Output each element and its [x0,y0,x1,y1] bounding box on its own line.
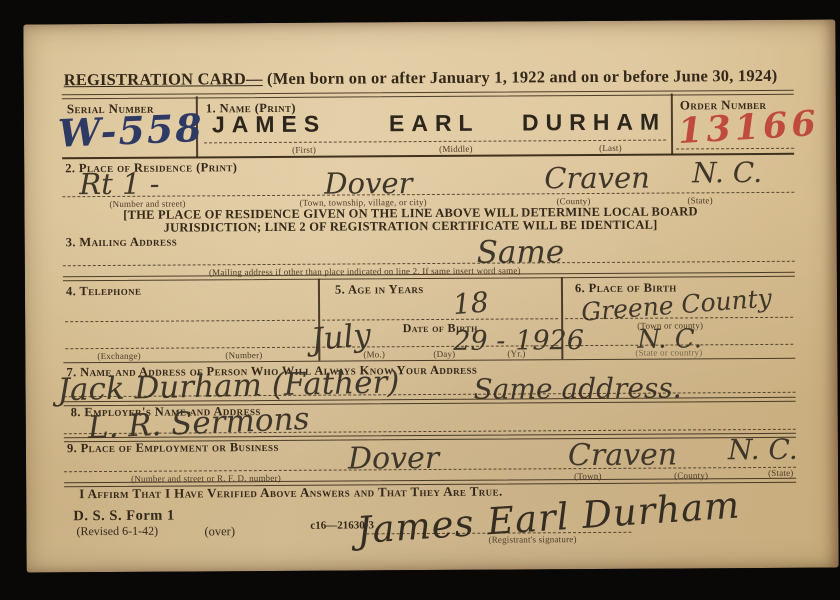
serial-number-value: W-558 [57,109,204,153]
telephone-number-sublabel: (Number) [225,350,262,360]
employment-county-value: Craven [568,440,677,471]
telephone-label: 4. Telephone [66,284,142,299]
birthplace-state-sublabel: (State or country) [635,347,702,357]
form-number: D. S. S. Form 1 [73,508,174,526]
telephone-line2 [65,347,315,350]
residence-county-value: Craven [544,164,650,194]
over-note: (over) [204,524,235,539]
residence-writing-line [62,192,794,197]
mailing-label: 3. Mailing Address [66,235,178,251]
name-order-divider [671,94,673,155]
card-title: REGISTRATION CARD— (Men born on or after… [64,66,778,90]
employment-label: 9. Place of Employment or Business [67,440,279,456]
name-last-sublabel: (Last) [599,143,622,153]
mailing-value: Same [477,237,565,269]
card-title-eligibility: (Men born on or after January 1, 1922 an… [267,66,777,88]
name-first-value: JAMES [212,113,326,137]
dob-day-value: 29 - [453,328,505,355]
name-middle-sublabel: (Middle) [439,144,473,154]
telephone-line1 [65,320,315,323]
registration-card: REGISTRATION CARD— (Men born on or after… [23,20,838,573]
telephone-exchange-sublabel: (Exchange) [97,351,141,361]
scanned-photo-background: { "colors":{ "bg":"#0a0806","card":"#d7b… [0,0,840,600]
order-number-value: 13166 [677,106,821,149]
form-revision: (Revised 6-1-42) [76,524,158,539]
dob-day-sublabel: (Day) [433,349,455,359]
affirmation-text: I Affirm That I Have Verified Above Answ… [79,484,502,503]
order-writing-line [676,148,794,150]
name-first-sublabel: (First) [292,145,316,155]
name-middle-value: EARL [389,112,480,136]
residence-street-value: Rt 1 - [79,170,159,199]
signature-sublabel: (Registrant's signature) [488,534,576,545]
row1-divider [62,153,794,159]
residence-state-value: N. C. [692,159,762,187]
employment-state-value: N. C. [728,436,798,464]
dob-month-sublabel: (Mo.) [363,349,385,359]
dob-year-sublabel: (Yr.) [507,348,525,358]
employment-state-sublabel: (State) [768,468,793,478]
name-writing-line [204,140,666,144]
card-title-main: REGISTRATION CARD— [64,69,263,89]
name-last-value: DURHAM [522,111,666,135]
age-value: 18 [452,288,490,319]
age-label: 5. Age in Years [335,282,424,298]
